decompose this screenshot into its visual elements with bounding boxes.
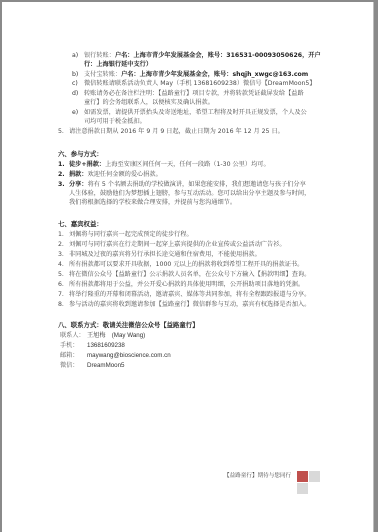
- list-text: 将在微信公众号【益路童行】公示捐款人员名单，在公众号下方输入【捐款明细】查询。: [69, 271, 310, 278]
- contact-label: 邮箱：: [60, 351, 87, 360]
- section6-item-3-line3: 我们将根据选择的学校来做合理安排，并提前与您沟通细节。: [69, 198, 236, 207]
- list-text: 欢迎任何金额的爱心捐款。: [88, 171, 162, 178]
- list-text: 我们将根据选择的学校来做合理安排，并提前与您沟通细节。: [69, 199, 236, 206]
- footer-tagline: 【益路童行】期待与您同行: [224, 471, 291, 479]
- list-text: 将有 5 个名额去捐助的学校做演讲，如果您能安排，我们想邀请您与孩子们分享: [88, 181, 306, 188]
- list-marker: e): [72, 108, 84, 117]
- list-text: 刘佩可与同行嘉宾在行走期间一起穿上嘉宾提供的企业宣传或公益活动广告衫。: [69, 241, 286, 248]
- list-text: 人生体验，鼓励他们为梦想插上翅膀，参与互动活动。您可以给出分享主题及参与时间，: [69, 190, 310, 197]
- contact-wechat: 微信：DreamMoon5: [60, 361, 125, 370]
- list-number: 1.: [58, 160, 69, 169]
- section7-item-8: 8.参与活动的嘉宾将收到邀请参加【益路童行】微信群参与互动，嘉宾有权选择是否加入…: [58, 300, 310, 309]
- section7-item-4: 4.所有捐款都可以要求开具收据，1000 元以上的捐款将收到希望工程开具的捐款证…: [58, 260, 303, 269]
- list-number: 6.: [58, 280, 69, 289]
- bank-item-text: 微信转账请联系活动负责人 May（手机 13681609238）微信号【Drea…: [84, 80, 316, 87]
- bank-item-text: 转账请务必在备注栏注明：【益路童行】项目专款，并将转款凭证截屏发给【益路: [84, 90, 304, 97]
- list-text: 参与活动的嘉宾将收到邀请参加【益路童行】微信群参与互动，嘉宾有权选择是否加入。: [69, 301, 310, 308]
- list-number: 1.: [58, 230, 69, 239]
- list-marker: d): [72, 89, 84, 98]
- footer-logo-square-red: [297, 471, 308, 482]
- footer-logo-square-gray: [309, 471, 320, 482]
- list-title: 捐款：: [69, 171, 88, 178]
- list-number: 5.: [58, 270, 69, 279]
- document-page: a)银行转账：户名：上海市青少年发展基金会，账号：316531-00093050…: [2, 2, 374, 532]
- contact-person: 联系人：王旭梅 (May Wang): [60, 331, 145, 340]
- list-number: 4.: [58, 260, 69, 269]
- bank-item-a-line1: a)银行转账：户名：上海市青少年发展基金会，账号：316531-00093050…: [72, 51, 321, 60]
- list-number: 2.: [58, 240, 69, 249]
- contact-value: 13681609238: [87, 342, 125, 349]
- bank-item-text: 行：上海银行延中支行）: [84, 61, 152, 68]
- bank-item-text: 户名：上海市青少年发展基金会，账号：shqjh_xwgc@163.com: [121, 71, 308, 78]
- list-text: 将举行隆重的开幕和闭幕活动，邀请嘉宾、媒体等共同参加，将有全程跟踪报道与分享。: [69, 291, 310, 298]
- section7-item-6: 6.所有捐款都将用于公益，并公开爱心捐款的具体使用明细，公开捐助项目落地的凭据。: [58, 280, 304, 289]
- contact-phone: 手机：13681609238: [60, 341, 125, 350]
- list-marker: c): [72, 79, 84, 88]
- bank-item-label: 支付宝转账：: [84, 71, 121, 78]
- bank-item-c: c)微信转账请联系活动负责人 May（手机 13681609238）微信号【Dr…: [72, 79, 316, 88]
- list-text: 上海至安康区间任何一天，任何一段路（1-30 公里）均可。: [105, 161, 270, 168]
- contact-value: DreamMoon5: [87, 362, 125, 369]
- section7-item-3: 3.非同城及过夜的嘉宾将另行承担长途交通和住宿费用，不能使用捐款。: [58, 250, 261, 259]
- list-text: 非同城及过夜的嘉宾将另行承担长途交通和住宿费用，不能使用捐款。: [69, 251, 261, 258]
- bank-item-text: 童行】的会务组联系人，以便核实及确认捐款。: [84, 99, 214, 106]
- bank-item-d-line1: d)转账请务必在备注栏注明：【益路童行】项目专款，并将转款凭证截屏发给【益路: [72, 89, 304, 98]
- contact-value: 王旭梅 (May Wang): [87, 332, 145, 339]
- list-number: 2.: [58, 170, 69, 179]
- section7-item-2: 2.刘佩可与同行嘉宾在行走期间一起穿上嘉宾提供的企业宣传或公益活动广告衫。: [58, 240, 286, 249]
- contact-label: 手机：: [60, 341, 87, 350]
- list-number: 8.: [58, 300, 69, 309]
- bank-item-b: b)支付宝转账：户名：上海市青少年发展基金会，账号：shqjh_xwgc@163…: [72, 70, 308, 79]
- section7-heading: 七、嘉宾权益：: [58, 220, 103, 229]
- list-title: 分享：: [69, 181, 88, 188]
- bank-item-e-line1: e)如需发票，请提供开票抬头及寄送地址，希望工程将及时开具正规发票，个人及公: [72, 108, 307, 117]
- section6-item-3-line2: 人生体验，鼓励他们为梦想插上翅膀，参与互动活动。您可以给出分享主题及参与时间，: [69, 189, 310, 198]
- bank-item-e-line2: 司均可用于税金抵扣。: [84, 117, 146, 126]
- list-number: 3.: [58, 180, 69, 189]
- bank-item-label: 银行转账：: [84, 52, 115, 59]
- section7-item-7: 7.将举行隆重的开幕和闭幕活动，邀请嘉宾、媒体等共同参加，将有全程跟踪报道与分享…: [58, 290, 310, 299]
- bank-item-text: 司均可用于税金抵扣。: [84, 118, 146, 125]
- bank-item-text: 户名：上海市青少年发展基金会，账号：316531-00093050626，开户: [115, 52, 321, 59]
- contact-label: 微信：: [60, 361, 87, 370]
- list-marker: a): [72, 51, 84, 60]
- section8-heading: 八、联系方式：敬请关注微信公众号【益路童行】: [58, 321, 199, 330]
- footer-logo-square-gray: [297, 483, 308, 494]
- list-text: 所有捐款都将用于公益，并公开爱心捐款的具体使用明细，公开捐助项目落地的凭据。: [69, 281, 304, 288]
- donation-date-note: 5.请注意捐款日期从 2016 年 9 月 9 日起，截止日期为 2016 年 …: [58, 127, 284, 136]
- bank-item-text: 如需发票，请提供开票抬头及寄送地址，希望工程将及时开具正规发票，个人及公: [84, 109, 307, 116]
- list-text: 所有捐款都可以要求开具收据，1000 元以上的捐款将收到希望工程开具的捐款证书。: [69, 261, 303, 268]
- list-number: 3.: [58, 250, 69, 259]
- bank-item-d-line2: 童行】的会务组联系人，以便核实及确认捐款。: [84, 98, 214, 107]
- section6-heading: 六、参与方式：: [58, 150, 103, 159]
- list-text: 请注意捐款日期从 2016 年 9 月 9 日起，截止日期为 2016 年 12…: [69, 128, 284, 135]
- section6-item-3-line1: 3.分享：将有 5 个名额去捐助的学校做演讲，如果您能安排，我们想邀请您与孩子们…: [58, 180, 306, 189]
- section6-item-1: 1.徒步+捐款：上海至安康区间任何一天，任何一段路（1-30 公里）均可。: [58, 160, 270, 169]
- section7-item-1: 1.刘佩将与同行嘉宾一起完成预定的徒步行程。: [58, 230, 193, 239]
- list-title: 徒步+捐款：: [69, 161, 105, 168]
- list-number: 5.: [58, 127, 69, 136]
- list-number: 7.: [58, 290, 69, 299]
- list-text: 刘佩将与同行嘉宾一起完成预定的徒步行程。: [69, 231, 193, 238]
- contact-email: 邮箱：maywang@bioscience.com.cn: [60, 351, 171, 360]
- list-marker: b): [72, 70, 84, 79]
- contact-label: 联系人：: [60, 331, 87, 340]
- email-link[interactable]: maywang@bioscience.com.cn: [87, 352, 171, 359]
- bank-item-a-line2: 行：上海银行延中支行）: [84, 60, 152, 69]
- section7-item-5: 5.将在微信公众号【益路童行】公示捐款人员名单，在公众号下方输入【捐款明细】查询…: [58, 270, 310, 279]
- section6-item-2: 2.捐款：欢迎任何金额的爱心捐款。: [58, 170, 162, 179]
